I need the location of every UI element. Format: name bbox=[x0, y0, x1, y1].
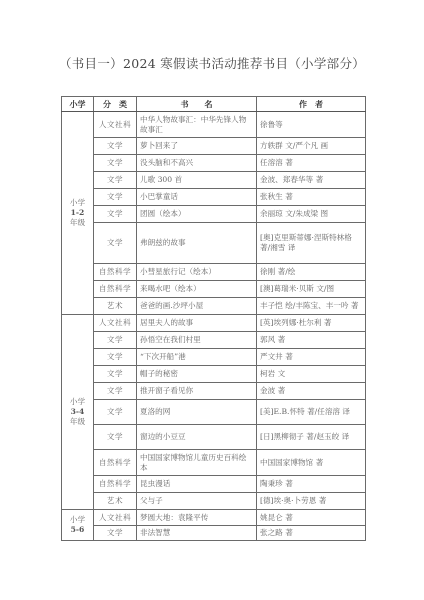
author-cell: 姚昆仑 著 bbox=[257, 510, 366, 526]
author-cell: [奥]克里斯蒂娜·涅斯特林格 著/湘雪 译 bbox=[257, 223, 366, 264]
author-cell: 方轶群 文/严个凡 画 bbox=[257, 138, 366, 155]
category-cell: 人文社科 bbox=[94, 510, 137, 526]
author-cell: 张之路 著 bbox=[257, 526, 366, 541]
book-name-cell: 父与子 bbox=[137, 493, 257, 510]
table-row: 文学非法智慧张之路 著 bbox=[62, 526, 366, 541]
category-cell: 艺术 bbox=[94, 493, 137, 510]
author-cell: [日]黑柳彻子 著/赵玉皎 译 bbox=[257, 425, 366, 450]
book-name-cell: 孙悟空在我们村里 bbox=[137, 332, 257, 349]
category-cell: 文学 bbox=[94, 206, 137, 223]
grade-label-2: 3-4 bbox=[65, 407, 90, 417]
category-cell: 文学 bbox=[94, 383, 137, 400]
table-row: 自然科学小彗星旅行记（绘本）徐刚 著/绘 bbox=[62, 264, 366, 281]
table-row: 文学窗边的小豆豆[日]黑柳彻子 著/赵玉皎 译 bbox=[62, 425, 366, 450]
grade-label-3: 年级 bbox=[65, 218, 90, 228]
header-author: 作 者 bbox=[257, 97, 366, 112]
book-name-cell: 中华人物故事汇：中华先锋人物故事汇 bbox=[137, 112, 257, 138]
book-name-cell: 儿歌 300 首 bbox=[137, 172, 257, 189]
table-row: 自然科学来喝水吧（绘本）[澳]葛瑞米·贝斯 文/图 bbox=[62, 281, 366, 298]
author-cell: 徐鲁等 bbox=[257, 112, 366, 138]
table-row: 文学夏洛的网[美]E.B.怀特 著/任溶溶 译 bbox=[62, 400, 366, 425]
author-cell: 郭风 著 bbox=[257, 332, 366, 349]
table-row: 小学5-6人文社科梦圆大地：袁隆平传姚昆仑 著 bbox=[62, 510, 366, 526]
author-cell: 柯岩 文 bbox=[257, 366, 366, 383]
author-cell: [英]埃列娜·杜尔利 著 bbox=[257, 315, 366, 332]
grade-label-1: 小学 bbox=[65, 397, 90, 407]
category-cell: 自然科学 bbox=[94, 281, 137, 298]
table-row: 文学没头脑和不高兴任溶溶 著 bbox=[62, 155, 366, 172]
author-cell: 徐刚 著/绘 bbox=[257, 264, 366, 281]
grade-cell: 小学5-6 bbox=[62, 510, 94, 541]
table-row: 艺术爸爸的画.沙坪小屋丰子恺 绘/丰陈宝、丰一吟 著 bbox=[62, 298, 366, 315]
table-row: 文学小巴掌童话张秋生 著 bbox=[62, 189, 366, 206]
category-cell: 文学 bbox=[94, 526, 137, 541]
book-name-cell: 帽子的秘密 bbox=[137, 366, 257, 383]
header-grade: 小学 bbox=[62, 97, 94, 112]
category-cell: 文学 bbox=[94, 223, 137, 264]
author-cell: 金波、郑春华等 著 bbox=[257, 172, 366, 189]
book-name-cell: 居里夫人的故事 bbox=[137, 315, 257, 332]
table-row: 文学萝卜回来了方轶群 文/严个凡 画 bbox=[62, 138, 366, 155]
category-cell: 文学 bbox=[94, 155, 137, 172]
category-cell: 文学 bbox=[94, 189, 137, 206]
book-list-table: 小学 分 类 书 名 作 者 小学1-2年级人文社科中华人物故事汇：中华先锋人物… bbox=[61, 96, 366, 541]
grade-cell: 小学1-2年级 bbox=[62, 112, 94, 315]
table-row: 文学弗朗兹的故事[奥]克里斯蒂娜·涅斯特林格 著/湘雪 译 bbox=[62, 223, 366, 264]
category-cell: 文学 bbox=[94, 349, 137, 366]
book-name-cell: 小巴掌童话 bbox=[137, 189, 257, 206]
table-row: 文学团圆（绘本）余丽琼 文/朱成梁 图 bbox=[62, 206, 366, 223]
table-row: 艺术父与子[德]埃·奥·卜劳恩 著 bbox=[62, 493, 366, 510]
grade-label-2: 5-6 bbox=[65, 525, 90, 535]
book-name-cell: 萝卜回来了 bbox=[137, 138, 257, 155]
author-cell: 余丽琼 文/朱成梁 图 bbox=[257, 206, 366, 223]
book-name-cell: 窗边的小豆豆 bbox=[137, 425, 257, 450]
header-category: 分 类 bbox=[94, 97, 137, 112]
page-title: （书目一）2024 寒假读书活动推荐书目（小学部分） bbox=[0, 54, 424, 72]
grade-cell: 小学3-4年级 bbox=[62, 315, 94, 510]
category-cell: 文学 bbox=[94, 138, 137, 155]
book-name-cell: 梦圆大地：袁隆平传 bbox=[137, 510, 257, 526]
book-name-cell: 推开窗子看见你 bbox=[137, 383, 257, 400]
category-cell: 文学 bbox=[94, 425, 137, 450]
author-cell: 任溶溶 著 bbox=[257, 155, 366, 172]
category-cell: 艺术 bbox=[94, 298, 137, 315]
table-row: 文学孙悟空在我们村里郭风 著 bbox=[62, 332, 366, 349]
author-cell: 金波 著 bbox=[257, 383, 366, 400]
table-header-row: 小学 分 类 书 名 作 者 bbox=[62, 97, 366, 112]
table-row: 小学1-2年级人文社科中华人物故事汇：中华先锋人物故事汇徐鲁等 bbox=[62, 112, 366, 138]
book-name-cell: 团圆（绘本） bbox=[137, 206, 257, 223]
category-cell: 文学 bbox=[94, 400, 137, 425]
author-cell: [美]E.B.怀特 著/任溶溶 译 bbox=[257, 400, 366, 425]
table-row: 文学帽子的秘密柯岩 文 bbox=[62, 366, 366, 383]
author-cell: 严文井 著 bbox=[257, 349, 366, 366]
category-cell: 文学 bbox=[94, 366, 137, 383]
table-row: 文学推开窗子看见你金波 著 bbox=[62, 383, 366, 400]
author-cell: [澳]葛瑞米·贝斯 文/图 bbox=[257, 281, 366, 298]
book-name-cell: 弗朗兹的故事 bbox=[137, 223, 257, 264]
table-row: 小学3-4年级人文社科居里夫人的故事[英]埃列娜·杜尔利 著 bbox=[62, 315, 366, 332]
table-body: 小学1-2年级人文社科中华人物故事汇：中华先锋人物故事汇徐鲁等文学萝卜回来了方轶… bbox=[62, 112, 366, 541]
grade-label-3: 年级 bbox=[65, 417, 90, 427]
book-name-cell: 没头脑和不高兴 bbox=[137, 155, 257, 172]
book-name-cell: “下次开船”港 bbox=[137, 349, 257, 366]
book-name-cell: 来喝水吧（绘本） bbox=[137, 281, 257, 298]
grade-label-2: 1-2 bbox=[65, 208, 90, 218]
category-cell: 人文社科 bbox=[94, 315, 137, 332]
book-name-cell: 小彗星旅行记（绘本） bbox=[137, 264, 257, 281]
author-cell: 张秋生 著 bbox=[257, 189, 366, 206]
grade-label-1: 小学 bbox=[65, 198, 90, 208]
author-cell: 中国国家博物馆 著 bbox=[257, 450, 366, 476]
header-book-name: 书 名 bbox=[137, 97, 257, 112]
table-row: 文学儿歌 300 首金波、郑春华等 著 bbox=[62, 172, 366, 189]
category-cell: 人文社科 bbox=[94, 112, 137, 138]
category-cell: 文学 bbox=[94, 332, 137, 349]
category-cell: 文学 bbox=[94, 172, 137, 189]
author-cell: [德]埃·奥·卜劳恩 著 bbox=[257, 493, 366, 510]
author-cell: 陶秉珍 著 bbox=[257, 476, 366, 493]
book-name-cell: 非法智慧 bbox=[137, 526, 257, 541]
book-name-cell: 中国国家博物馆儿童历史百科绘本 bbox=[137, 450, 257, 476]
category-cell: 自然科学 bbox=[94, 450, 137, 476]
grade-label-1: 小学 bbox=[65, 515, 90, 525]
book-name-cell: 昆虫漫话 bbox=[137, 476, 257, 493]
table-row: 自然科学中国国家博物馆儿童历史百科绘本中国国家博物馆 著 bbox=[62, 450, 366, 476]
table-row: 文学“下次开船”港严文井 著 bbox=[62, 349, 366, 366]
table-row: 自然科学昆虫漫话陶秉珍 著 bbox=[62, 476, 366, 493]
category-cell: 自然科学 bbox=[94, 476, 137, 493]
book-name-cell: 夏洛的网 bbox=[137, 400, 257, 425]
category-cell: 自然科学 bbox=[94, 264, 137, 281]
book-name-cell: 爸爸的画.沙坪小屋 bbox=[137, 298, 257, 315]
author-cell: 丰子恺 绘/丰陈宝、丰一吟 著 bbox=[257, 298, 366, 315]
